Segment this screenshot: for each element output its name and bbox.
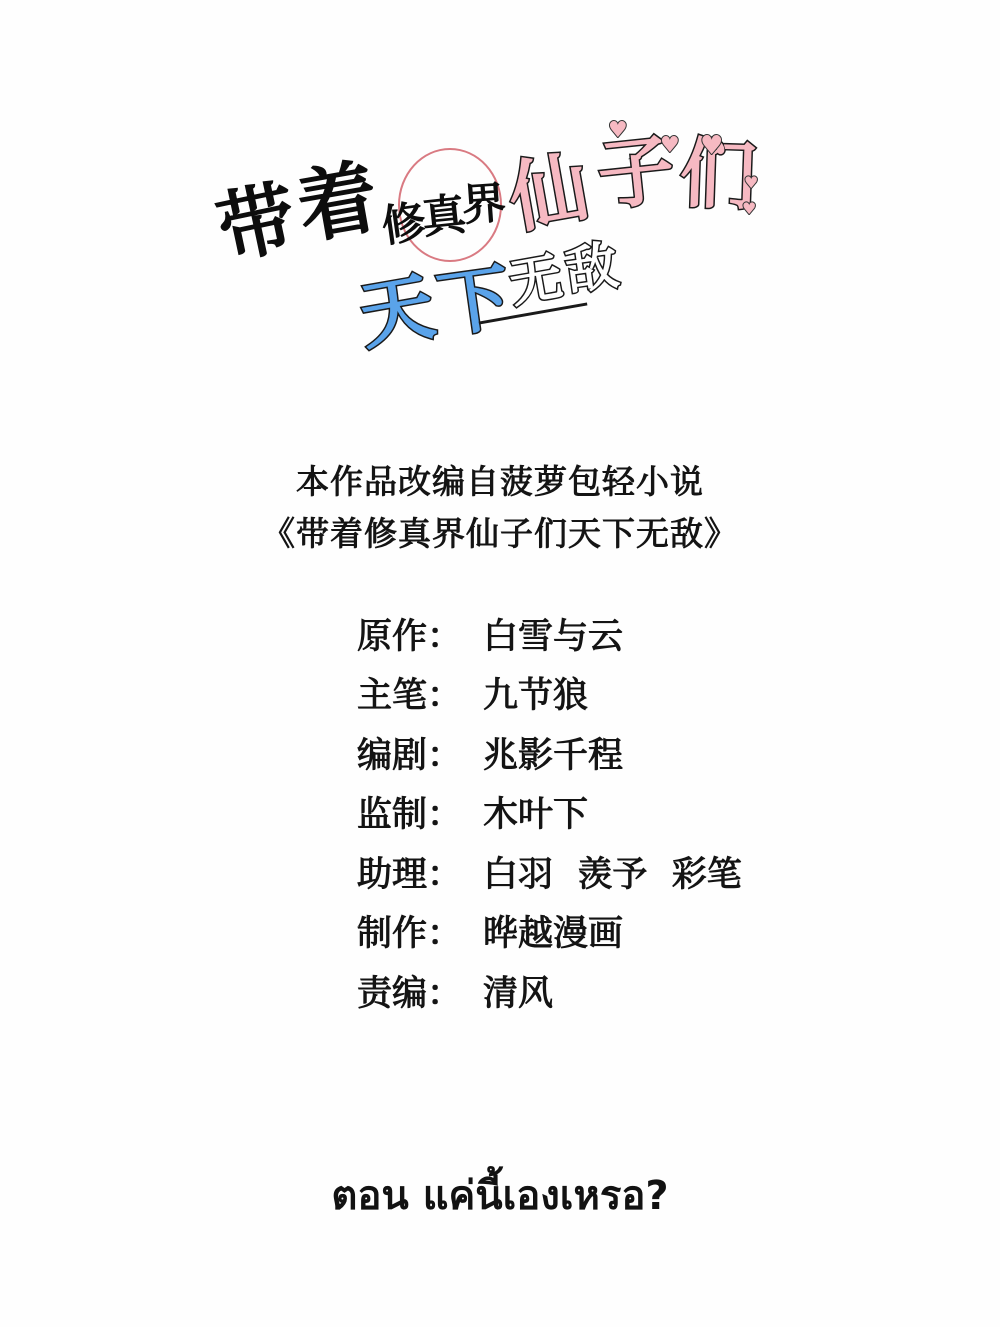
credits-list: 原作： 白雪与云 主笔： 九节狼 编剧： 兆影千程 监制： 木叶下 助理： 白羽… xyxy=(357,604,742,1021)
logo-char: 敌 xyxy=(563,240,622,299)
credit-role: 责编： xyxy=(357,966,483,1016)
chapter-title: ตอน แค่นี้เองเหรอ? xyxy=(0,1163,1000,1227)
credit-value: 九节狼 xyxy=(483,668,588,718)
credit-value: 兆影千程 xyxy=(483,728,623,778)
heart-icon: ♥ xyxy=(660,135,680,157)
logo-char: 天 xyxy=(354,269,440,355)
credit-value: 白雪与云 xyxy=(483,609,623,659)
credit-row-assistants: 助理： 白羽 羡予 彩笔 xyxy=(357,842,742,902)
logo-char: 下 xyxy=(433,260,514,341)
credit-value: 木叶下 xyxy=(483,787,588,837)
credit-row-editor: 责编： 清风 xyxy=(357,961,742,1021)
credit-row-original-author: 原作： 白雪与云 xyxy=(357,604,742,664)
logo-char: 界 xyxy=(461,182,508,229)
credit-value: 清风 xyxy=(483,966,553,1016)
heart-icon: ♥ xyxy=(700,133,723,159)
credit-value: 白羽 羡予 彩笔 xyxy=(483,847,742,897)
logo-char: 仙 xyxy=(504,149,594,239)
heart-icon: ♥ xyxy=(744,175,758,191)
heart-icon: ♥ xyxy=(742,201,756,217)
comic-title-logo: 带 着 修 真 界 仙 子 们 ♥ ♥ ♥ ♥ ♥ 天 下 无 敌 xyxy=(210,115,800,365)
credit-row-production: 制作： 晔越漫画 xyxy=(357,902,742,962)
credit-role: 监制： xyxy=(357,787,483,837)
source-novel-title: 《带着修真界仙子们天下无敌》 xyxy=(0,508,1000,555)
credit-value: 晔越漫画 xyxy=(483,906,623,956)
credit-row-lead-artist: 主笔： 九节狼 xyxy=(357,664,742,724)
credit-role: 原作： xyxy=(357,609,483,659)
credit-role: 主笔： xyxy=(357,668,483,718)
credit-row-screenwriter: 编剧： 兆影千程 xyxy=(357,723,742,783)
source-attribution: 本作品改编自菠萝包轻小说 xyxy=(0,456,1000,503)
credit-role: 制作： xyxy=(357,906,483,956)
logo-char: 无 xyxy=(506,251,566,311)
logo-char: 着 xyxy=(292,157,385,250)
credit-role: 编剧： xyxy=(357,728,483,778)
credit-row-supervisor: 监制： 木叶下 xyxy=(357,783,742,843)
credit-role: 助理： xyxy=(357,847,483,897)
chapter-cover-page: 带 着 修 真 界 仙 子 们 ♥ ♥ ♥ ♥ ♥ 天 下 无 敌 本作品改编自… xyxy=(0,0,1000,1327)
logo-char: 带 xyxy=(211,178,304,271)
heart-icon: ♥ xyxy=(608,120,628,142)
